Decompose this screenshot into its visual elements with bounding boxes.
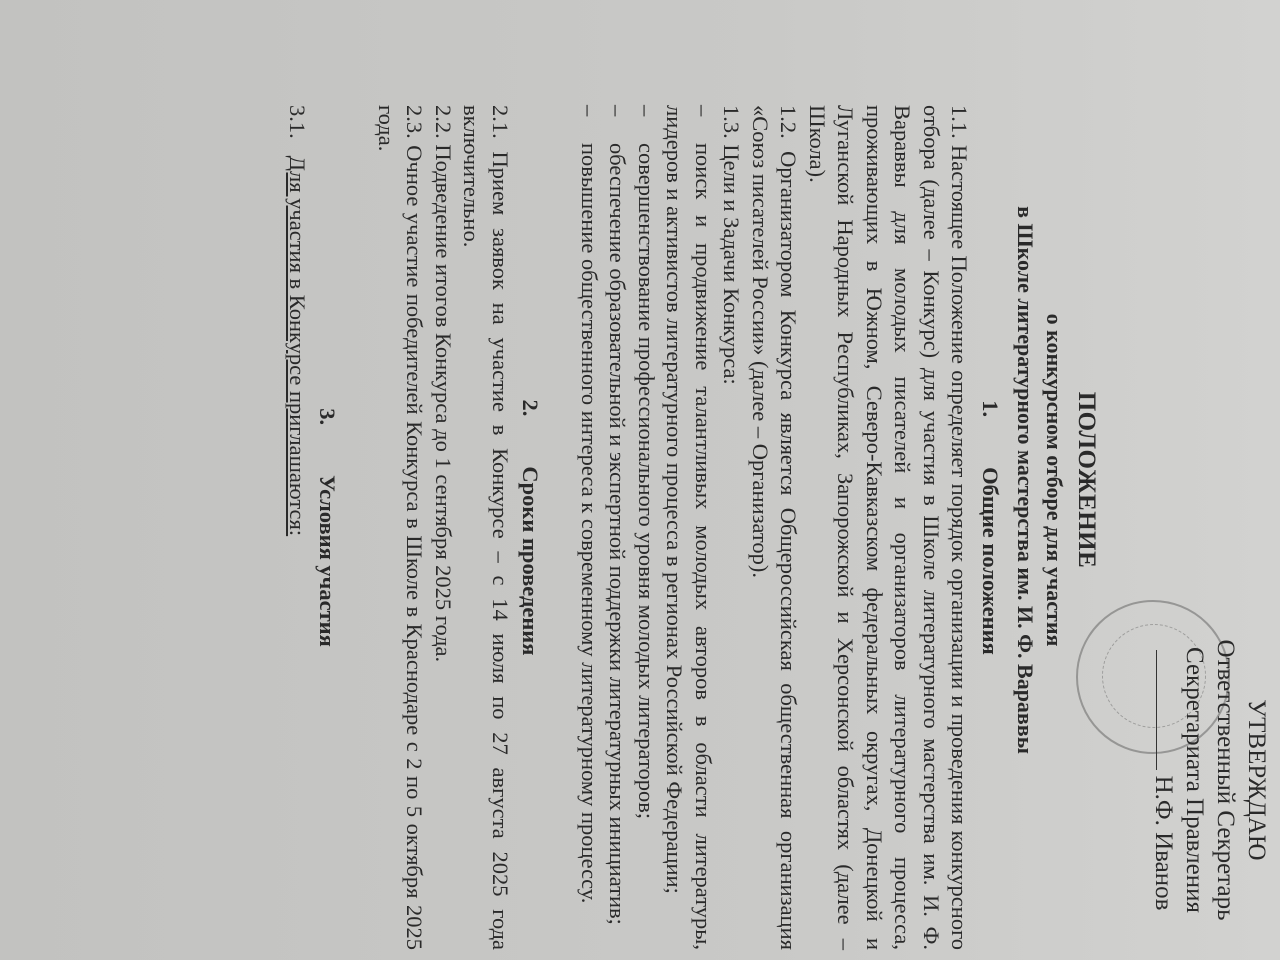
signature-icon [1156,650,1157,770]
clause-3-1: 3.1. Для участия в Конкурсе приглашаются… [283,105,312,950]
document-title: ПОЛОЖЕНИЕ [1072,0,1100,960]
approval-signatory: Н.Ф. Иванов [1150,776,1177,911]
clause-1-2: 1.2. Организатором Конкурса является Общ… [746,105,803,950]
goal-item: –обеспечение образовательной и экспертно… [603,105,632,950]
clause-2-3: 2.3. Очное участие победителей Конкурса … [372,105,429,950]
approval-position-1: Ответственный Секретарь [1210,625,1241,935]
section-3-heading: 3.Условия участия [313,105,342,950]
goal-item: –повышение общественного интереса к совр… [575,105,604,950]
clause-1-3: 1.3. Цели и Задачи Конкурса: [717,105,746,950]
goal-item: –совершенствование профессионального уро… [632,105,661,950]
section-2-heading: 2.Сроки проведения [516,105,545,950]
approval-block: УТВЕРЖДАЮ Ответственный Секретарь Секрет… [1148,625,1272,935]
approval-heading: УТВЕРЖДАЮ [1241,625,1272,935]
section-1-heading: 1.Общие положения [976,105,1005,950]
goal-item: –поиск и продвижение талантливых молодых… [660,105,717,950]
clause-1-1: 1.1. Настоящее Положение определяет поря… [803,105,974,950]
document-body: 1.Общие положения 1.1. Настоящее Положен… [283,105,1019,950]
document-subtitle-1: о конкурсном отборе для участия [1041,0,1067,960]
clause-2-1: 2.1. Прием заявок на участие в Конкурсе … [457,105,514,950]
approval-position-2: Секретариата Правления [1179,625,1210,935]
approval-signature-line: Н.Ф. Иванов [1148,625,1179,935]
document-page: УТВЕРЖДАЮ Ответственный Секретарь Секрет… [0,0,1280,960]
clause-2-2: 2.2. Подведение итогов Конкурса до 1 сен… [429,105,458,950]
